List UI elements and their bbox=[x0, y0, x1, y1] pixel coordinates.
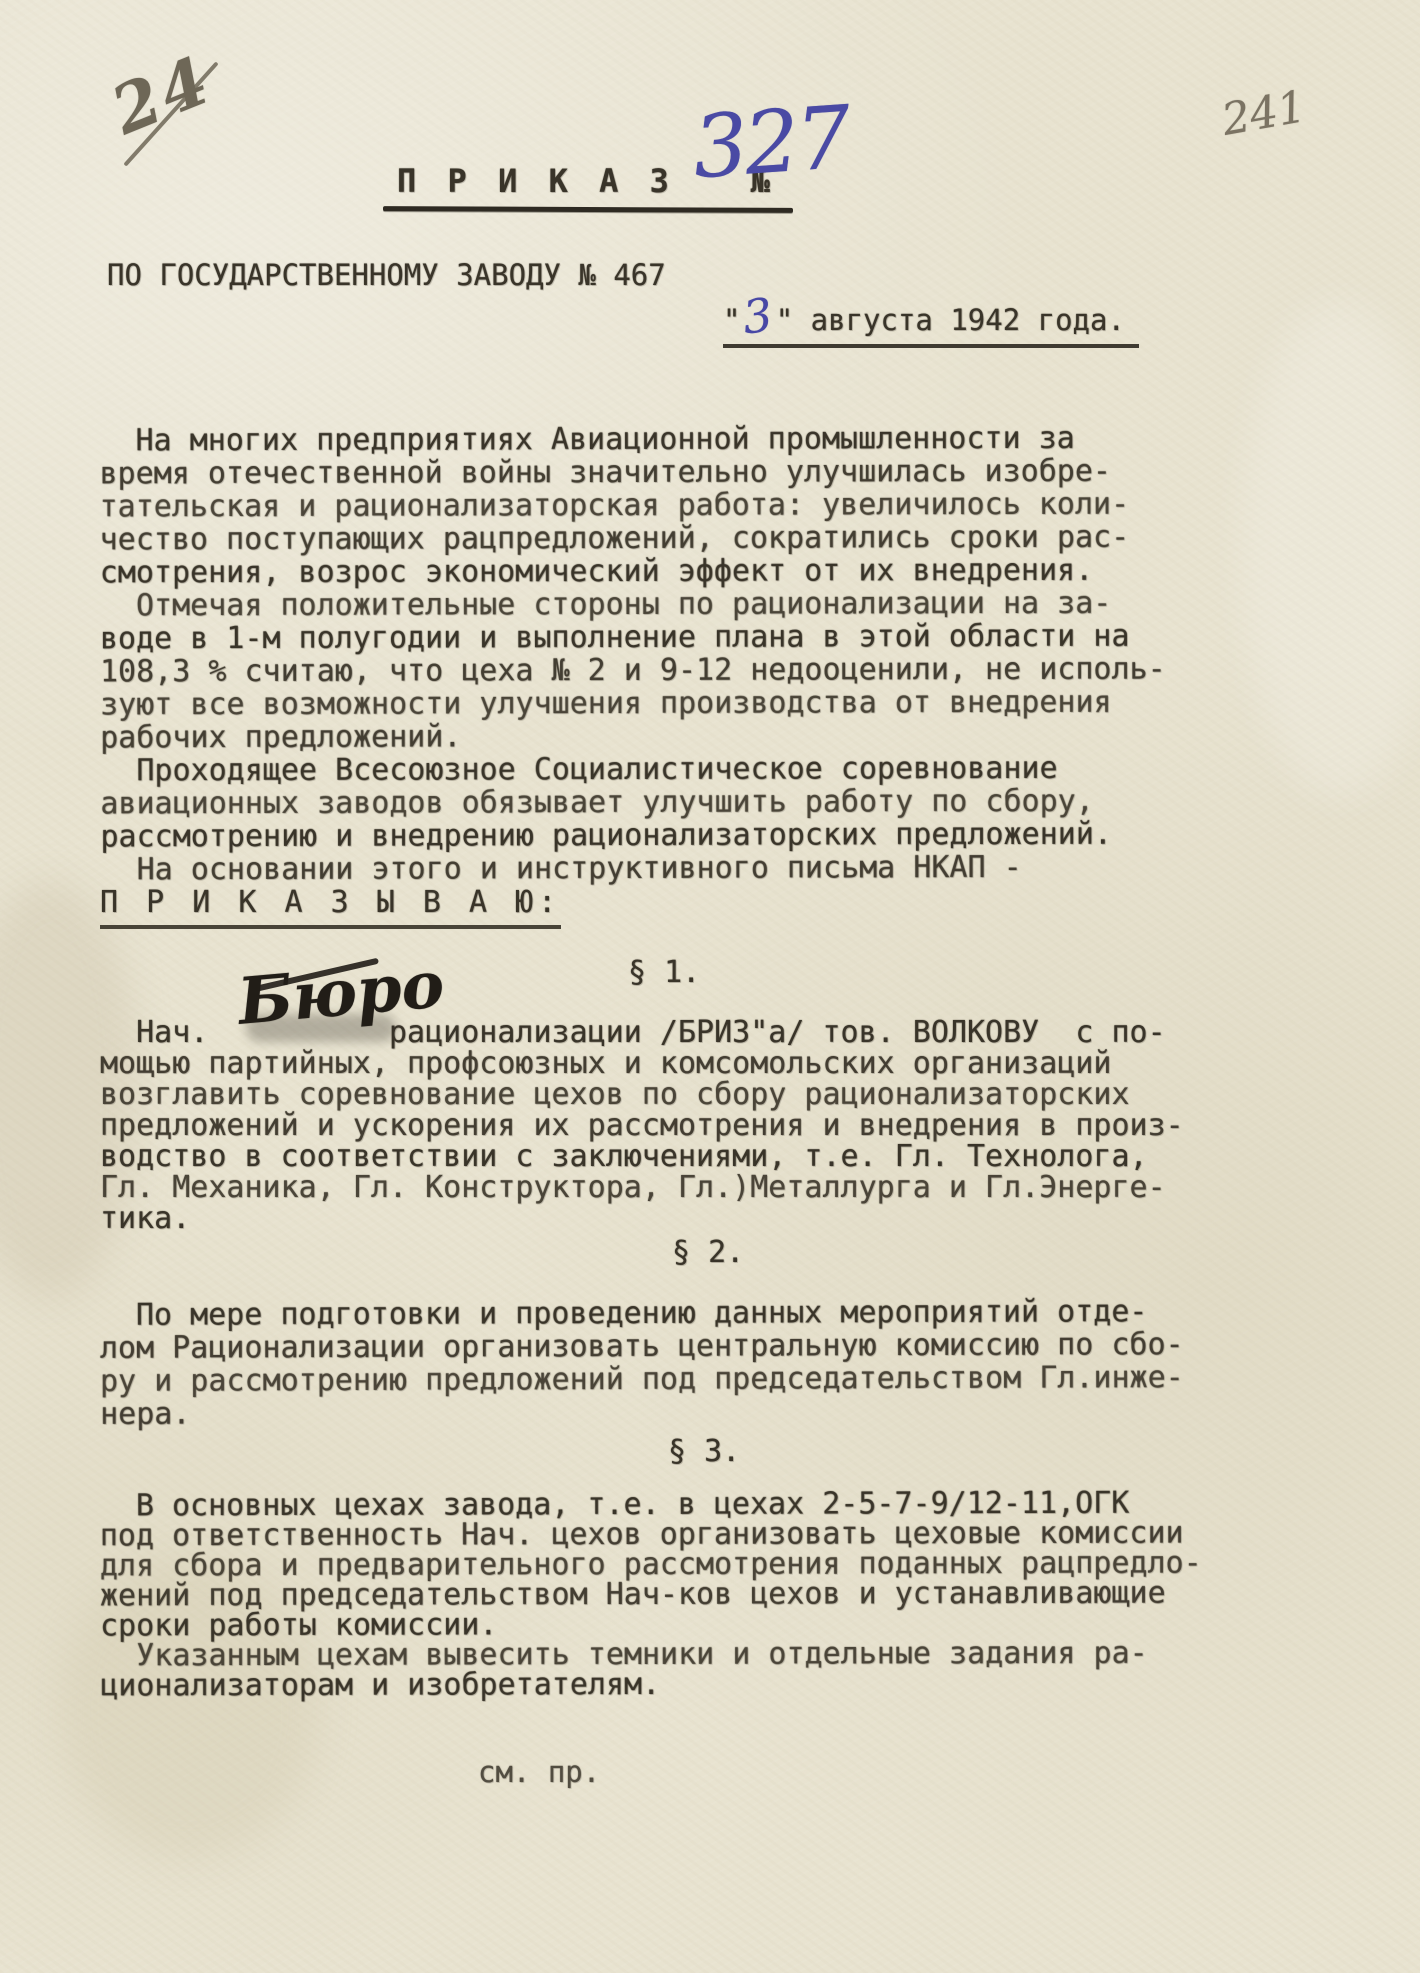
text-line: мощью партийных, профсоюзных и комсомоль… bbox=[100, 1048, 1184, 1079]
text-line: На основании этого и инструктивного пись… bbox=[101, 851, 1167, 887]
text-line: авиационных заводов обязывает улучшить р… bbox=[100, 785, 1166, 821]
organization-line: ПО ГОСУДАРСТВЕННОМУ ЗАВОДУ № 467 bbox=[107, 258, 666, 292]
handwritten-bureau-correction: Бюро bbox=[236, 953, 447, 1035]
title-underline bbox=[383, 206, 793, 213]
section-3-heading: § 3. bbox=[668, 1434, 740, 1469]
text-line: тательская и рационализаторская работа: … bbox=[100, 488, 1166, 524]
text-line: Отмечая положительные стороны по рациона… bbox=[100, 587, 1166, 623]
handwritten-corner-mark-left: 24 bbox=[103, 46, 220, 145]
text-line: По мере подготовки и проведению данных м… bbox=[100, 1295, 1184, 1332]
text-line: время отечественной войны значительно ул… bbox=[99, 455, 1165, 491]
text-line: нера. bbox=[100, 1394, 1184, 1431]
section-1-text: Нач. рационализации /БРИЗ"а/ тов. ВОЛКОВ… bbox=[100, 1017, 1184, 1234]
text-line: На многих предприятиях Авиационной промы… bbox=[99, 422, 1165, 458]
text-line: Указанным цехам вывесить темники и отдел… bbox=[100, 1639, 1202, 1672]
date-quote-open: " bbox=[723, 303, 740, 337]
text-line: воде в 1-м полугодии и выполнение плана … bbox=[100, 620, 1166, 656]
text-line: 108,3 % считаю, что цеха № 2 и 9-12 недо… bbox=[100, 653, 1166, 689]
date-text: " августа 1942 года. bbox=[776, 303, 1125, 337]
text-line: чество поступающих рацпредложений, сокра… bbox=[100, 521, 1166, 557]
text-line: лом Рационализации организовать централь… bbox=[100, 1328, 1184, 1365]
date-line: "3" августа 1942 года. bbox=[723, 303, 1139, 348]
text-line: водство в соответствии с заключениями, т… bbox=[100, 1141, 1184, 1172]
paper-stain bbox=[1240, 300, 1420, 800]
scanned-order-document: { "annotations": { "corner_mark_left": "… bbox=[0, 0, 1420, 1973]
text-line: смотрения, возрос экономический эффект о… bbox=[100, 554, 1166, 590]
section-3-text: В основных цехах завода, т.е. в цехах 2-… bbox=[100, 1489, 1202, 1702]
text-line: ру и рассмотрению предложений под предсе… bbox=[100, 1361, 1184, 1398]
footer-note: см. пр. bbox=[478, 1755, 600, 1789]
text-line: Гл. Механика, Гл. Конструктора, Гл.)Мета… bbox=[100, 1172, 1184, 1203]
preamble-paragraphs: На многих предприятиях Авиационной промы… bbox=[99, 422, 1166, 887]
section-1-heading: § 1. bbox=[628, 955, 700, 990]
text-line: жений под председательством Нач-ков цехо… bbox=[100, 1579, 1202, 1612]
section-2-text: По мере подготовки и проведению данных м… bbox=[100, 1295, 1184, 1431]
handwritten-order-number: 327 bbox=[690, 95, 851, 192]
text-line: рассмотрению и внедрению рационализаторс… bbox=[100, 818, 1166, 854]
text-line: зуют все возможности улучшения производс… bbox=[100, 686, 1166, 722]
handwritten-date-day: 3 bbox=[744, 314, 773, 318]
handwritten-corner-mark-right: 241 bbox=[1219, 85, 1309, 143]
text-line: предложений и ускорения их рассмотрения … bbox=[100, 1110, 1184, 1141]
decree-word: П Р И К А З Ы В А Ю: bbox=[100, 885, 561, 929]
section-2-heading: § 2. bbox=[672, 1235, 744, 1270]
text-line: возглавить соревнование цехов по сбору р… bbox=[100, 1079, 1184, 1110]
text-line: ционализаторам и изобретателям. bbox=[100, 1669, 1202, 1702]
text-line: Проходящее Всесоюзное Социалистическое с… bbox=[100, 752, 1166, 788]
text-line: тика. bbox=[100, 1203, 1184, 1234]
text-line: рабочих предложений. bbox=[100, 719, 1166, 755]
